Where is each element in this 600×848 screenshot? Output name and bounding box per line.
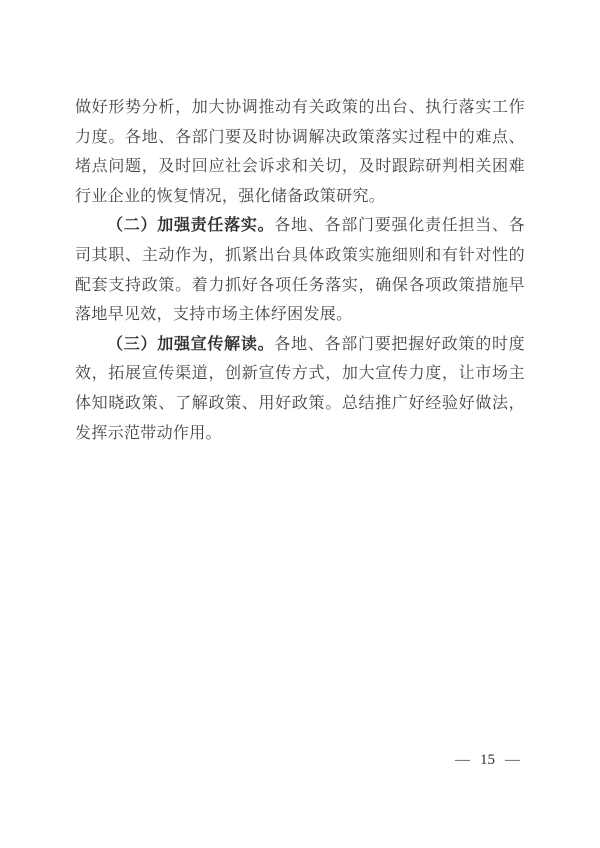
page-footer: — 15 — xyxy=(0,752,600,776)
paragraph-heading: （二）加强责任落实。 xyxy=(107,217,274,234)
page-number-left-dash: — xyxy=(455,752,470,769)
document-body: 做好形势分析，加大协调推动有关政策的出台、执行落实工作力度。各地、各部门要及时协… xyxy=(75,93,525,448)
page-number: — 15 — xyxy=(455,752,520,769)
paragraph: （三）加强宣传解读。各地、各部门要把握好政策的时度效，拓展宣传渠道，创新宣传方式… xyxy=(75,330,525,448)
paragraph: （二）加强责任落实。各地、各部门要强化责任担当、各司其职、主动作为，抓紧出台具体… xyxy=(75,211,525,329)
document-page: 做好形势分析，加大协调推动有关政策的出台、执行落实工作力度。各地、各部门要及时协… xyxy=(0,0,600,848)
page-number-right-dash: — xyxy=(505,752,520,769)
paragraph: 做好形势分析，加大协调推动有关政策的出台、执行落实工作力度。各地、各部门要及时协… xyxy=(75,93,525,211)
page-number-value: 15 xyxy=(480,752,495,769)
paragraph-text: 做好形势分析，加大协调推动有关政策的出台、执行落实工作力度。各地、各部门要及时协… xyxy=(75,99,525,205)
paragraph-heading: （三）加强宣传解读。 xyxy=(107,336,274,353)
